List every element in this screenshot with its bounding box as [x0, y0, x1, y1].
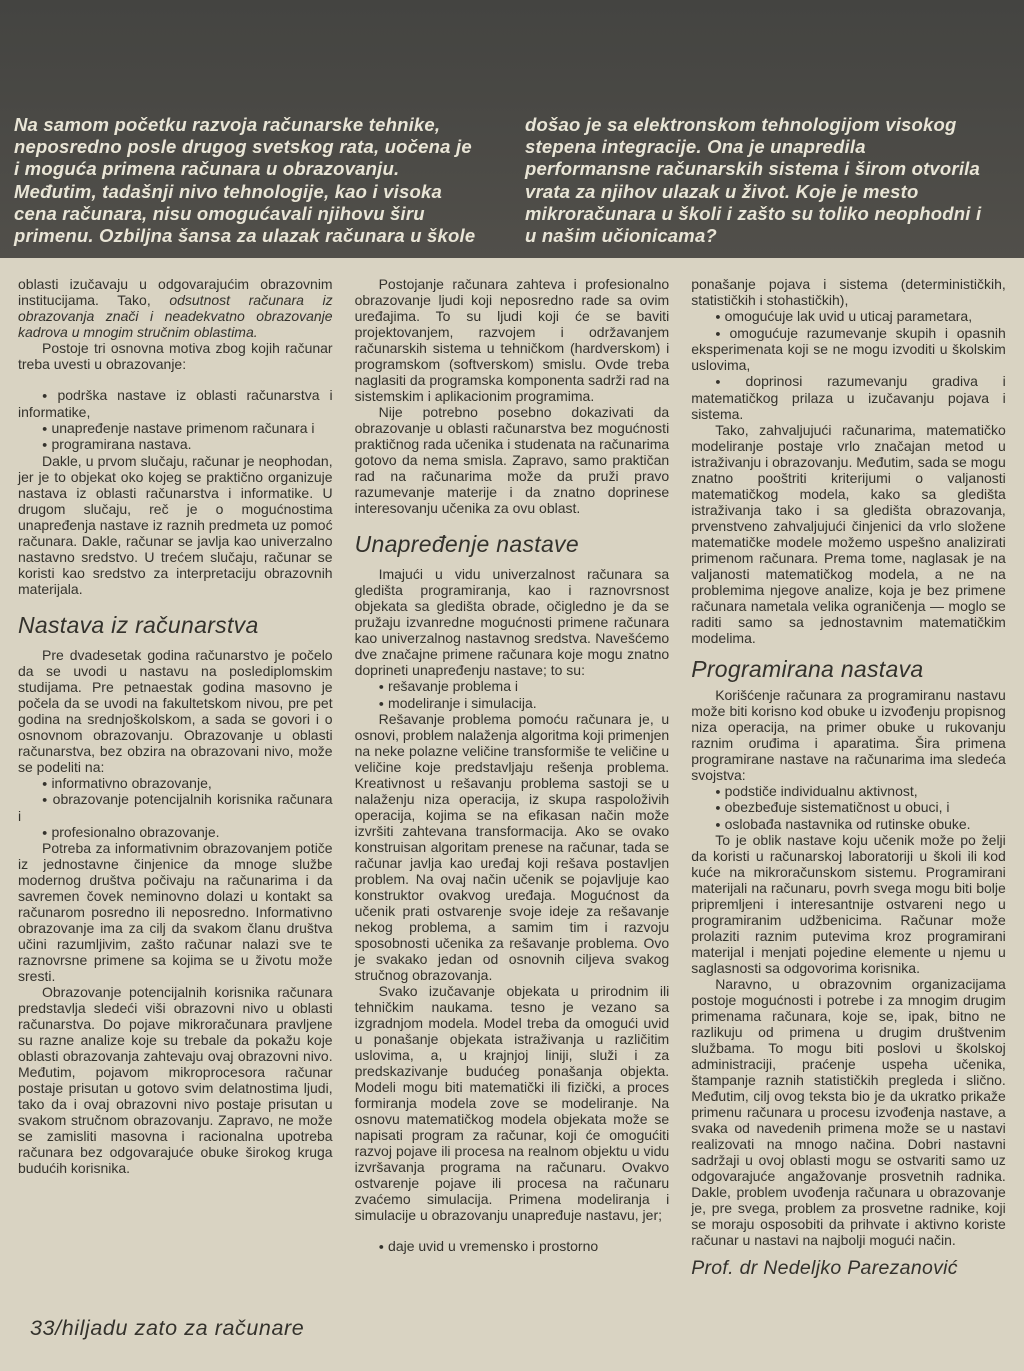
paragraph: oblasti izučavaju u odgovarajućim obrazo…: [18, 276, 333, 340]
masthead-line: došao je sa elektronskom tehnologijom vi…: [525, 114, 1008, 136]
masthead-line: i moguća primena računara u obrazovanju.: [14, 158, 497, 180]
paragraph: Nije potrebno posebno dokazivati da obra…: [355, 404, 670, 516]
text-run: Postoje tri osnovna motiva zbog kojih ra…: [18, 340, 333, 372]
text-run: Nije potrebno posebno dokazivati da obra…: [355, 404, 670, 516]
bullet-item: ●rešavanje problema i: [355, 678, 670, 695]
paragraph: Svako izučavanje objekata u prirodnim il…: [355, 983, 670, 1223]
masthead-line: cena računara, nisu omogućavali njihovu …: [14, 203, 497, 225]
paragraph: Postojanje računara zahteva i profesiona…: [355, 276, 670, 404]
masthead-line: u našim učionicama?: [525, 225, 1008, 247]
masthead-intro-right: došao je sa elektronskom tehnologijom vi…: [525, 114, 1008, 258]
paragraph: Dakle, u prvom slučaju, računar je neoph…: [18, 453, 333, 597]
text-run: omogućuje razumevanje skupih i opasnih e…: [691, 325, 1006, 374]
masthead: Na samom početku razvoja računarske tehn…: [0, 0, 1024, 258]
page-footer: 33/hiljadu zato za računare: [30, 1316, 304, 1341]
masthead-line: performansne računarskih sistema i širom…: [525, 158, 1008, 180]
bullet-item: ●oslobađa nastavnika od rutinske obuke.: [691, 816, 1006, 833]
text-run: unapređenje nastave primenom računara i: [51, 420, 314, 436]
bullet-item: ●programirana nastava.: [18, 436, 333, 453]
text-column-2: Postojanje računara zahteva i profesiona…: [355, 276, 670, 1276]
bullet-item: ●obrazovanje potencijalnih korisnika rač…: [18, 791, 333, 824]
paragraph: Tako, zahvaljujući računarima, matematič…: [691, 422, 1006, 646]
text-run: obezbeđuje sistematičnost u obuci, i: [725, 799, 950, 815]
masthead-line: mikroračunara u školi i zašto su toliko …: [525, 203, 1008, 225]
section-heading: Programirana nastava: [691, 656, 1006, 683]
bullet-item: ●doprinosi razumevanju gradiva i matemat…: [691, 373, 1006, 422]
bullet-item: ●unapređenje nastave primenom računara i: [18, 420, 333, 437]
bullet-item: ●podrška nastave iz oblasti računarstva …: [18, 387, 333, 420]
bullet-item: ●modeliranje i simulacija.: [355, 695, 670, 712]
bullet-marker: ●: [715, 803, 724, 813]
bullet-marker: ●: [715, 377, 745, 387]
masthead-line: vrata za njihov ulazak u život. Koje je …: [525, 181, 1008, 203]
bullet-marker: ●: [715, 312, 724, 322]
text-run: Korišćenje računara za programiranu nast…: [691, 687, 1006, 783]
text-run: rešavanje problema i: [388, 678, 518, 694]
paragraph: Naravno, u obrazovnim organizacijama pos…: [691, 976, 1006, 1248]
masthead-intro-left: Na samom početku razvoja računarske tehn…: [14, 114, 497, 258]
text-run: Postojanje računara zahteva i profesiona…: [355, 276, 670, 404]
text-run: To je oblik nastave koju učenik može po …: [691, 832, 1006, 976]
text-run: Imajući u vidu univerzalnost računara sa…: [355, 566, 670, 678]
paragraph: Korišćenje računara za programiranu nast…: [691, 687, 1006, 783]
masthead-line: primenu. Ozbiljna šansa za ulazak računa…: [14, 225, 497, 247]
text-run: oslobađa nastavnika od rutinske obuke.: [725, 816, 971, 832]
masthead-line: stepena integracije. Ona je unapredila: [525, 136, 1008, 158]
section-heading: Nastava iz računarstva: [18, 612, 333, 639]
bullet-marker: ●: [379, 1242, 388, 1252]
text-run: daje uvid u vremensko i prostorno: [388, 1238, 598, 1254]
text-run: modeliranje i simulacija.: [388, 695, 537, 711]
bullet-marker: ●: [379, 698, 388, 708]
paragraph: Potreba za informativnim obrazovanjem po…: [18, 840, 333, 984]
bullet-item: ●profesionalno obrazovanje.: [18, 824, 333, 841]
bullet-item: ●informativno obrazovanje,: [18, 775, 333, 792]
section-heading: Unapređenje nastave: [355, 531, 670, 558]
bullet-item: ●daje uvid u vremensko i prostorno: [355, 1238, 670, 1255]
article-columns: oblasti izučavaju u odgovarajućim obrazo…: [0, 258, 1024, 1276]
text-run: Rešavanje problema pomoću računara je, u…: [355, 711, 670, 983]
paragraph: To je oblik nastave koju učenik može po …: [691, 832, 1006, 976]
masthead-line: Na samom početku razvoja računarske tehn…: [14, 114, 497, 136]
masthead-line: neposredno posle drugog svetskog rata, u…: [14, 136, 497, 158]
text-run: Tako, zahvaljujući računarima, matematič…: [691, 422, 1006, 646]
text-run: omogućuje lak uvid u uticaj parametara,: [725, 308, 972, 324]
bullet-item: ●omogućuje lak uvid u uticaj parametara,: [691, 308, 1006, 325]
text-column-1: oblasti izučavaju u odgovarajućim obrazo…: [18, 276, 333, 1276]
magazine-page: Na samom početku razvoja računarske tehn…: [0, 0, 1024, 1371]
text-run: Naravno, u obrazovnim organizacijama pos…: [691, 976, 1006, 1248]
bullet-marker: ●: [42, 795, 53, 805]
text-run: Obrazovanje potencijalnih korisnika raču…: [18, 984, 333, 1176]
paragraph: Postoje tri osnovna motiva zbog kojih ra…: [18, 340, 333, 372]
paragraph: Pre dvadesetak godina računarstvo je poč…: [18, 647, 333, 775]
bullet-marker: ●: [715, 328, 729, 338]
text-run: obrazovanje potencijalnih korisnika raču…: [18, 791, 333, 824]
paragraph: Rešavanje problema pomoću računara je, u…: [355, 711, 670, 983]
paragraph: Obrazovanje potencijalnih korisnika raču…: [18, 984, 333, 1176]
bullet-item: ●obezbeđuje sistematičnost u obuci, i: [691, 799, 1006, 816]
text-run: informativno obrazovanje,: [51, 775, 211, 791]
paragraph: ponašanje pojava i sistema (deterministi…: [691, 276, 1006, 308]
bullet-marker: ●: [379, 682, 388, 692]
bullet-marker: ●: [42, 391, 57, 401]
bullet-item: ●podstiče individualnu aktivnost,: [691, 783, 1006, 800]
bullet-item: ●omogućuje razumevanje skupih i opasnih …: [691, 325, 1006, 374]
text-run: podstiče individualnu aktivnost,: [725, 783, 918, 799]
bullet-marker: ●: [715, 819, 724, 829]
text-run: ponašanje pojava i sistema (deterministi…: [691, 276, 1006, 308]
paragraph: Imajući u vidu univerzalnost računara sa…: [355, 566, 670, 678]
text-run: programirana nastava.: [51, 436, 191, 452]
text-run: Svako izučavanje objekata u prirodnim il…: [355, 983, 670, 1223]
text-run: profesionalno obrazovanje.: [51, 824, 219, 840]
text-run: Potreba za informativnim obrazovanjem po…: [18, 840, 333, 984]
text-column-3: ponašanje pojava i sistema (deterministi…: [691, 276, 1006, 1276]
text-run: Pre dvadesetak godina računarstvo je poč…: [18, 647, 333, 775]
text-run: podrška nastave iz oblasti računarstva i…: [18, 387, 333, 420]
text-run: Dakle, u prvom slučaju, računar je neoph…: [18, 453, 333, 597]
bullet-marker: ●: [715, 786, 724, 796]
masthead-line: Međutim, tadašnji nivo tehnologije, kao …: [14, 181, 497, 203]
author-signature: Prof. dr Nedeljko Parezanović: [691, 1260, 1006, 1276]
